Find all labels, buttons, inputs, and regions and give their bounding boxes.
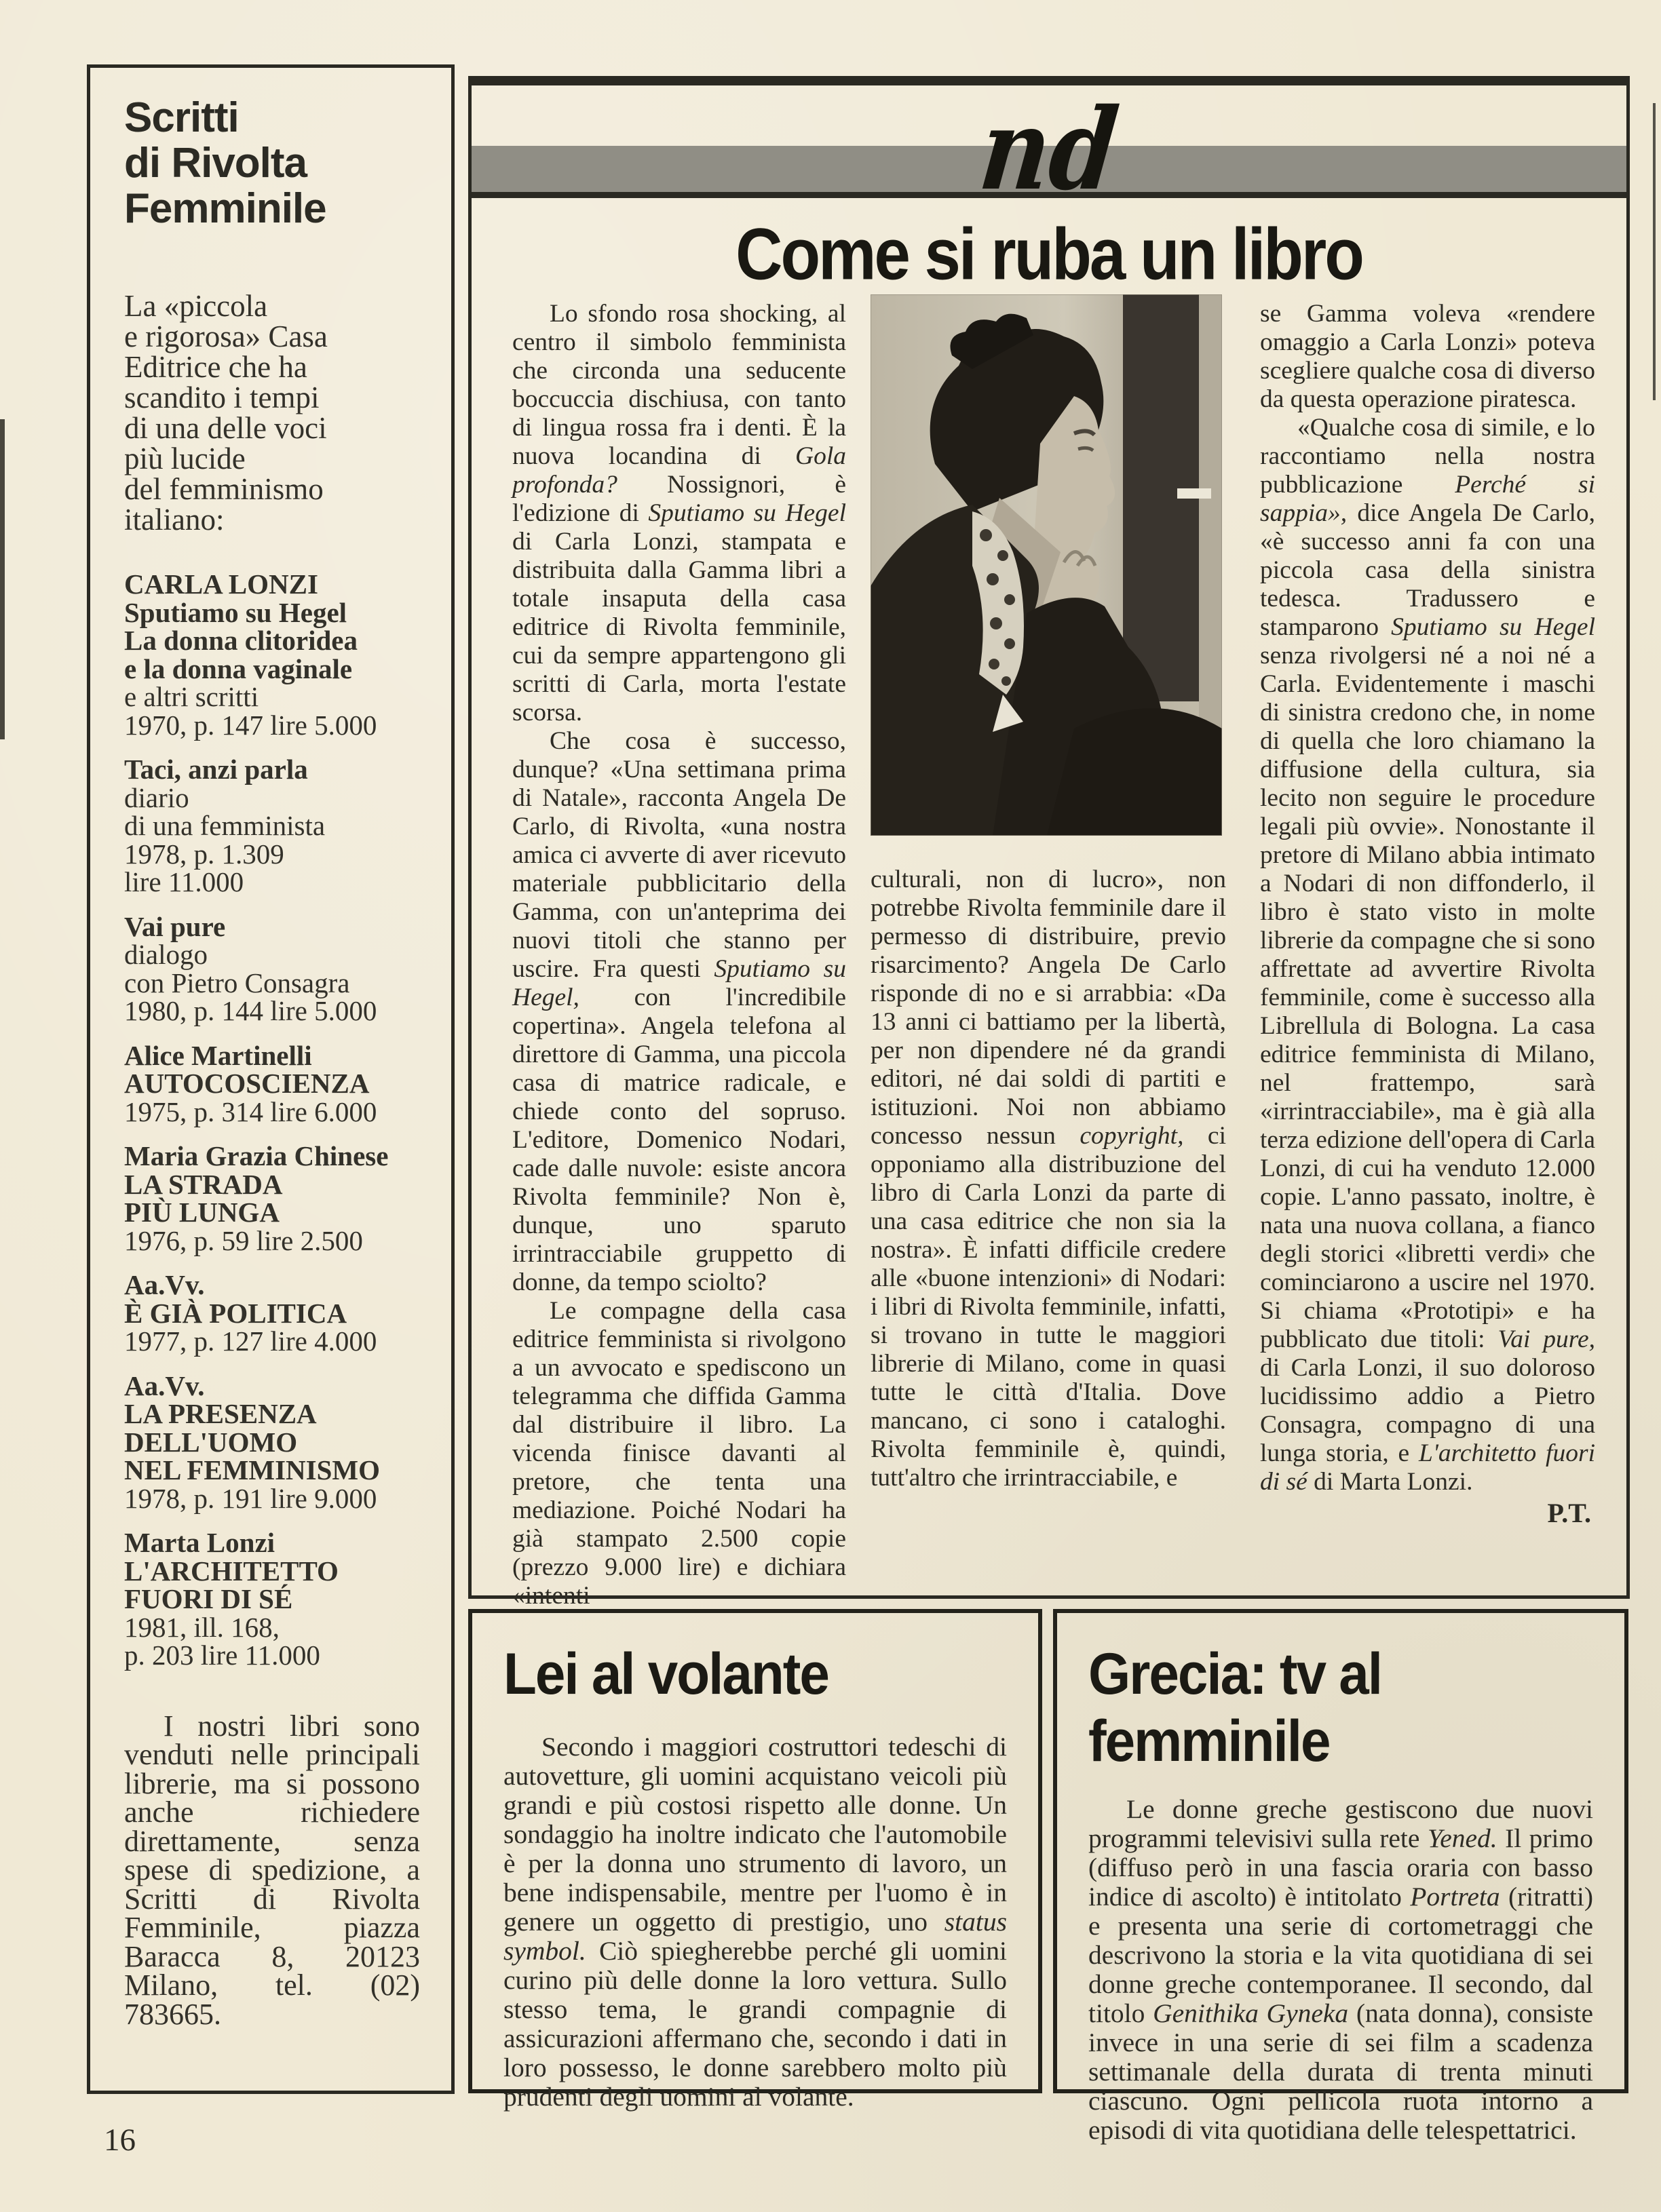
book-entry: Aa.Vv.LA PRESENZADELL'UOMONEL FEMMINISMO… <box>124 1372 420 1513</box>
book-line: 1977, p. 127 lire 4.000 <box>124 1327 420 1356</box>
book-line: La donna clitoridea <box>124 627 420 655</box>
book-line: 1980, p. 144 lire 5.000 <box>124 997 420 1026</box>
book-line: e altri scritti <box>124 683 420 712</box>
book-line: 1978, p. 1.309 <box>124 840 420 869</box>
article-paragraph: se Gamma voleva «rendere omaggio a Carla… <box>1260 300 1595 414</box>
book-line: 1970, p. 147 lire 5.000 <box>124 712 420 740</box>
book-line: lire 11.000 <box>124 868 420 897</box>
book-line: Vai pure <box>124 913 420 942</box>
book-line: PIÙ LUNGA <box>124 1199 420 1227</box>
book-line: L'ARCHITETTO <box>124 1557 420 1586</box>
book-line: Maria Grazia Chinese <box>124 1142 420 1171</box>
article-paragraph: Le compagne della casa editrice femminis… <box>512 1297 846 1610</box>
book-line: AUTOCOSCIENZA <box>124 1070 420 1098</box>
book-line: CARLA LONZI <box>124 570 420 599</box>
book-line: e la donna vaginale <box>124 655 420 684</box>
article-column-3: se Gamma voleva «rendere omaggio a Carla… <box>1260 300 1595 1528</box>
book-line: di una femminista <box>124 812 420 840</box>
book-line: LA STRADA <box>124 1171 420 1199</box>
scan-artifact-right <box>1653 103 1656 400</box>
news-box-body: Secondo i maggiori costruttori tedeschi … <box>503 1732 1007 2112</box>
sidebar-intro: La «piccola e rigorosa» Casa Editrice ch… <box>124 291 420 535</box>
news-box-body: Le donne greche gestiscono due nuovi pro… <box>1088 1795 1593 2145</box>
sidebar-footer: I nostri libri sono venduti nelle princi… <box>124 1712 420 2030</box>
carla-lonzi-photo <box>871 294 1222 842</box>
scan-artifact-left <box>0 419 5 739</box>
book-entry: Maria Grazia ChineseLA STRADAPIÙ LUNGA19… <box>124 1142 420 1255</box>
news-box-lei-al-volante: Lei al volante Secondo i maggiori costru… <box>468 1609 1042 2093</box>
book-line: Aa.Vv. <box>124 1271 420 1300</box>
book-line: È GIÀ POLITICA <box>124 1300 420 1328</box>
book-line: 1975, p. 314 lire 6.000 <box>124 1098 420 1127</box>
book-entry: Vai puredialogocon Pietro Consagra1980, … <box>124 913 420 1026</box>
book-entry: Alice MartinelliAUTOCOSCIENZA1975, p. 31… <box>124 1042 420 1127</box>
article-column-1: Lo sfondo rosa shocking, al centro il si… <box>512 300 846 1610</box>
book-line: 1981, ill. 168, <box>124 1614 420 1642</box>
article-signature: P.T. <box>1260 1499 1595 1528</box>
main-article: nd Come si ruba un libro Lo sfondo rosa … <box>468 76 1630 1599</box>
book-line: con Pietro Consagra <box>124 969 420 998</box>
book-line: DELL'UOMO <box>124 1429 420 1457</box>
book-line: Sputiamo su Hegel <box>124 599 420 627</box>
page-number: 16 <box>104 2122 136 2158</box>
book-line: Alice Martinelli <box>124 1042 420 1070</box>
news-box-title: Lei al volante <box>503 1640 1007 1703</box>
book-line: Aa.Vv. <box>124 1372 420 1401</box>
book-line: dialogo <box>124 941 420 969</box>
magazine-page-scan: { "page": { "number": "16" }, "colors": … <box>0 0 1661 2212</box>
book-line: diario <box>124 784 420 813</box>
book-entry: CARLA LONZISputiamo su HegelLa donna cli… <box>124 570 420 739</box>
books-sidebar: Scritti di Rivolta Femminile La «piccola… <box>87 64 455 2094</box>
nd-logo: nd <box>975 91 1123 208</box>
sidebar-title: Scritti di Rivolta Femminile <box>124 95 420 231</box>
article-paragraph: culturali, non di lucro», non potrebbe R… <box>871 866 1226 1492</box>
book-line: p. 203 lire 11.000 <box>124 1642 420 1670</box>
article-headline: Come si ruba un libro <box>472 213 1626 288</box>
news-box-title: Grecia: tv al femminile <box>1088 1640 1593 1765</box>
article-paragraph: «Qualche cosa di simile, e lo raccontiam… <box>1260 414 1595 1496</box>
article-paragraph: Lo sfondo rosa shocking, al centro il si… <box>512 300 846 727</box>
book-line: LA PRESENZA <box>124 1400 420 1429</box>
book-line: Marta Lonzi <box>124 1529 420 1557</box>
article-column-2: culturali, non di lucro», non potrebbe R… <box>871 300 1226 1492</box>
book-entry: Taci, anzi parladiariodi una femminista1… <box>124 756 420 897</box>
news-box-grecia: Grecia: tv al femminile Le donne greche … <box>1053 1609 1628 2093</box>
book-entry: Marta LonziL'ARCHITETTOFUORI DI SÉ1981, … <box>124 1529 420 1670</box>
book-line: NEL FEMMINISMO <box>124 1456 420 1485</box>
book-line: FUORI DI SÉ <box>124 1585 420 1614</box>
article-paragraph: Che cosa è successo, dunque? «Una settim… <box>512 727 846 1297</box>
book-line: Taci, anzi parla <box>124 756 420 784</box>
book-entry: Aa.Vv.È GIÀ POLITICA1977, p. 127 lire 4.… <box>124 1271 420 1356</box>
book-line: 1978, p. 191 lire 9.000 <box>124 1485 420 1513</box>
book-line: 1976, p. 59 lire 2.500 <box>124 1227 420 1256</box>
book-list: CARLA LONZISputiamo su HegelLa donna cli… <box>124 570 420 1670</box>
